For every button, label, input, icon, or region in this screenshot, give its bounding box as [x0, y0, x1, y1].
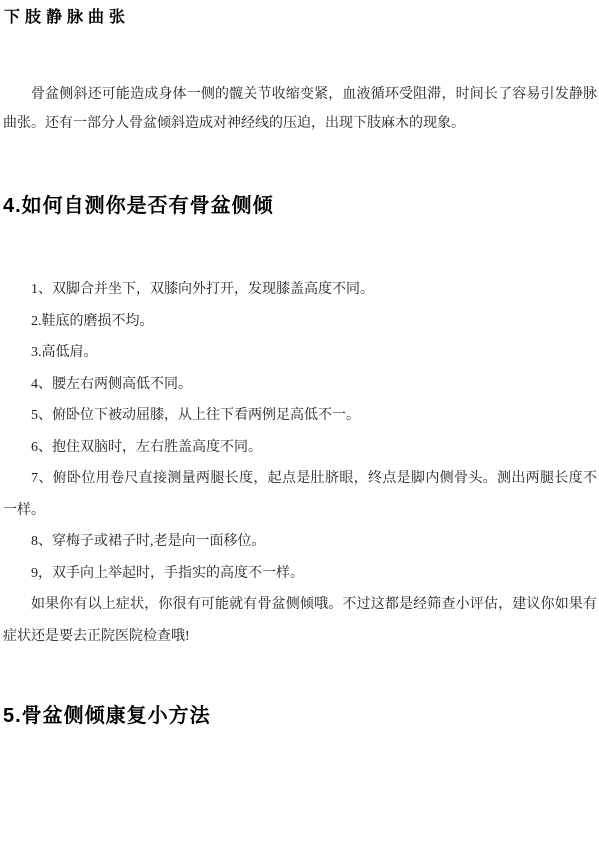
list-item-4: 4、腰左右两侧高低不同。 [3, 369, 597, 401]
list-item-8: 8、穿梅子或裙子时,老是向一面移位。 [3, 526, 597, 558]
list-item-1: 1、双脚合并坐下，双膝向外打开，发现膝盖高度不同。 [3, 274, 597, 306]
list-item-5: 5、俯卧位下被动屈膝，从上往下看两例足高低不一。 [3, 400, 597, 432]
section-heading-rehab: 5.骨盆侧倾康复小方法 [3, 703, 597, 729]
section-heading-self-test: 4.如何自测你是否有骨盆侧倾 [3, 193, 597, 219]
list-item-7: 7、俯卧位用卷尺直接测量两腿长度，起点是肚脐眼，终点是脚内侧骨头。测出两腿长度不… [3, 463, 597, 526]
conclusion-paragraph: 如果你有以上症状，你很有可能就有骨盆侧倾哦。不过这都是经筛查小评估，建议你如果有… [3, 589, 597, 652]
list-item-9: 9，双手向上举起时，手指实的高度不一样。 [3, 558, 597, 590]
list-item-6: 6、抱住双脑时，左右胜盖高度不同。 [3, 432, 597, 464]
self-test-list: 1、双脚合并坐下，双膝向外打开，发现膝盖高度不同。 2.鞋底的磨损不均。 3.高… [3, 274, 597, 652]
intro-paragraph: 骨盆侧斜还可能造成身体一侧的髋关节收缩变紧，血液循环受阻滞，时间长了容易引发静脉… [3, 80, 597, 138]
doc-title: 下肢静脉曲张 [4, 8, 597, 28]
document-page: 下肢静脉曲张 骨盆侧斜还可能造成身体一侧的髋关节收缩变紧，血液循环受阻滞，时间长… [0, 0, 599, 848]
list-item-2: 2.鞋底的磨损不均。 [3, 306, 597, 338]
list-item-3: 3.高低肩。 [3, 337, 597, 369]
